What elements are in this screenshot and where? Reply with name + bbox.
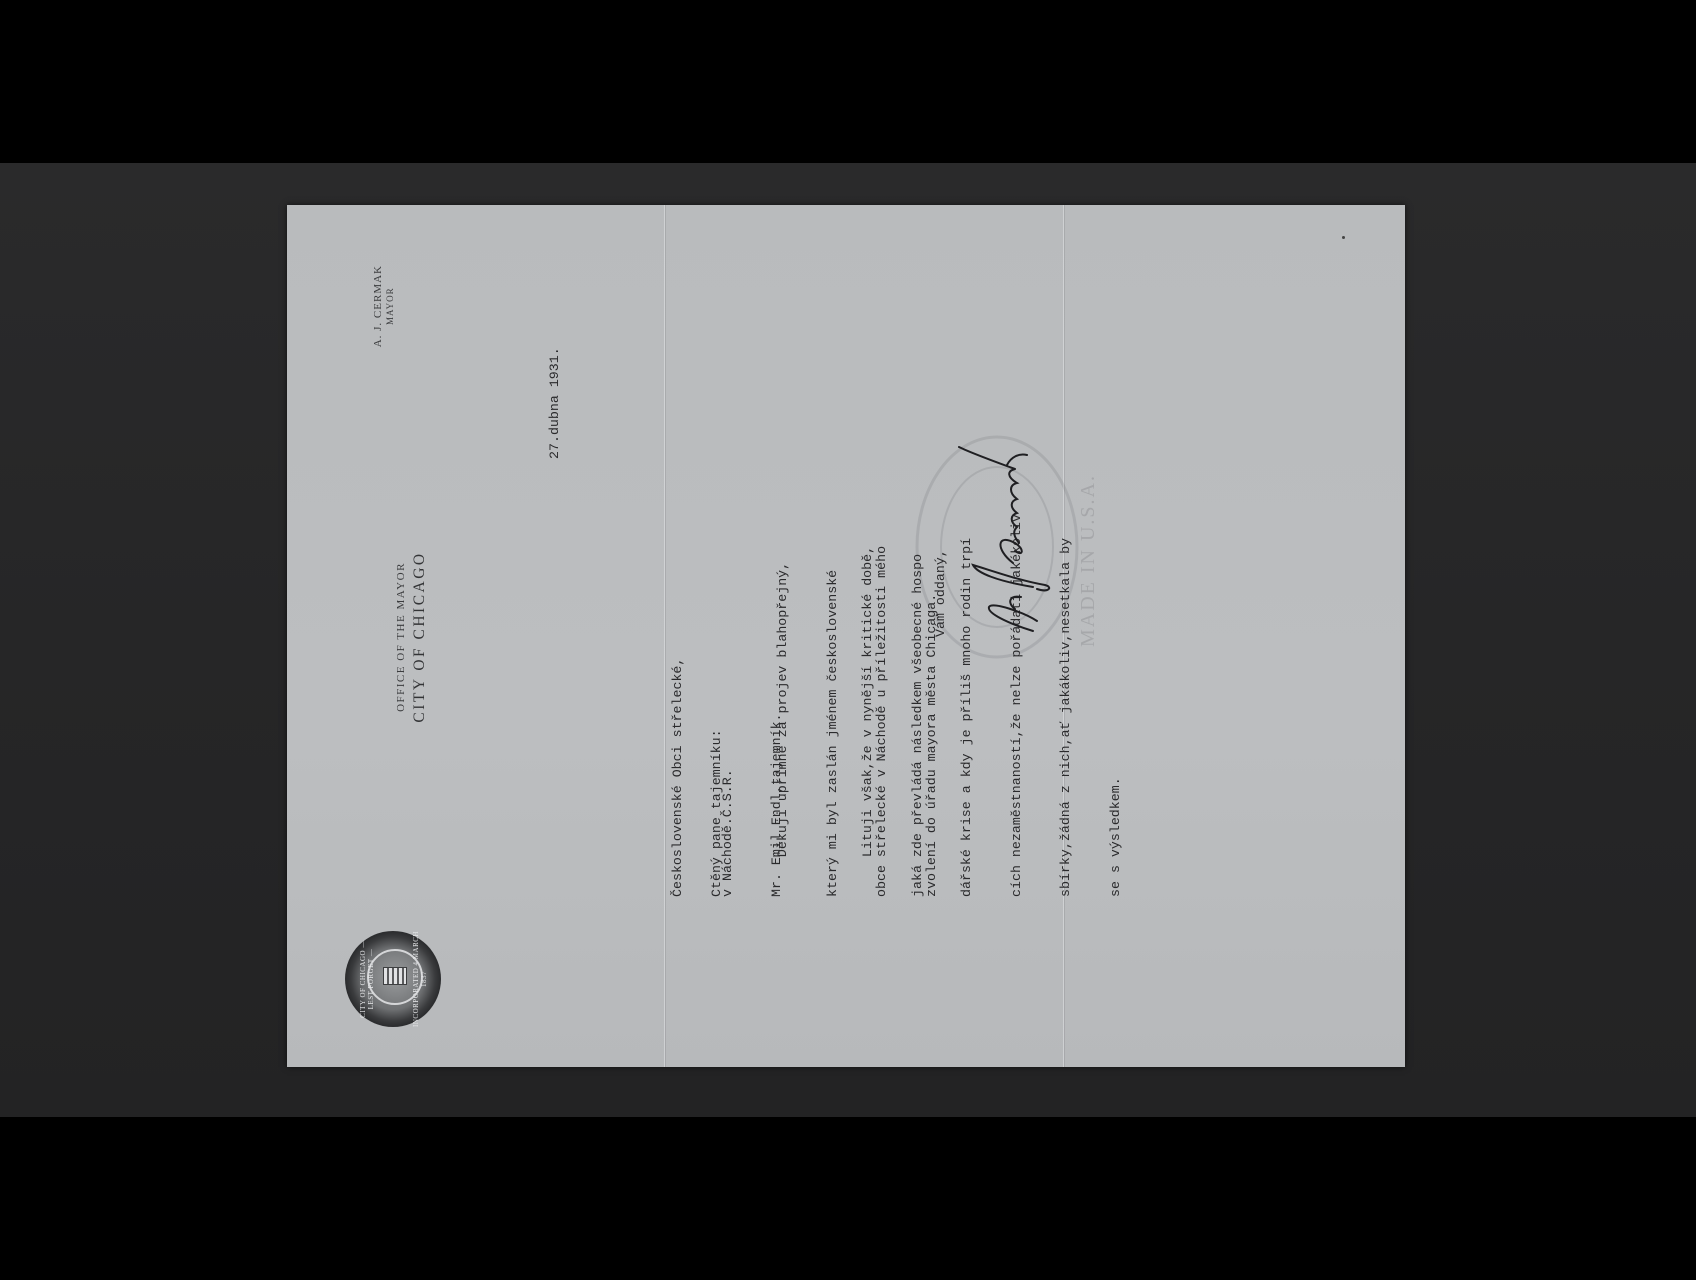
address-line: Československé Obci střelecké, xyxy=(670,658,687,897)
mayor-title: MAYOR xyxy=(385,265,395,347)
letterhead-city: CITY OF CHICAGO xyxy=(411,477,429,797)
body-line: Lituji však,že v nynější kritické době, xyxy=(860,514,877,897)
letterhead-office: OFFICE OF THE MAYOR xyxy=(395,477,407,797)
mayor-block: A. J. CERMAK MAYOR xyxy=(372,265,395,347)
seal-text-top: CITY OF CHICAGO — LEST FORGET — xyxy=(359,931,375,1027)
letterhead: OFFICE OF THE MAYOR CITY OF CHICAGO xyxy=(395,477,429,797)
fold-line xyxy=(664,205,665,1067)
mayor-name: A. J. CERMAK xyxy=(372,265,384,347)
signature: A. J. Cermak xyxy=(937,443,1057,643)
city-seal-icon: CITY OF CHICAGO — LEST FORGET — INCORPOR… xyxy=(345,931,441,1027)
seal-ring-text: CITY OF CHICAGO — LEST FORGET — INCORPOR… xyxy=(345,931,441,1027)
stamp-text: MADE IN U.S.A. xyxy=(1077,474,1100,647)
salutation: Ctěný pane tajemníku: xyxy=(709,729,726,897)
body-line: Děkuji upřímně za projev blahopřejný, xyxy=(775,546,792,897)
letter-date: 27.dubna 1931. xyxy=(547,347,564,459)
body-line: se s výsledkem. xyxy=(1108,514,1125,897)
letter-sheet-frame: CITY OF CHICAGO — LEST FORGET — INCORPOR… xyxy=(287,205,1405,1067)
seal-text-bottom: INCORPORATED 4 MARCH 1837 xyxy=(412,931,428,1027)
paper-mark xyxy=(1342,236,1345,239)
letter-sheet: CITY OF CHICAGO — LEST FORGET — INCORPOR… xyxy=(287,205,1405,1067)
